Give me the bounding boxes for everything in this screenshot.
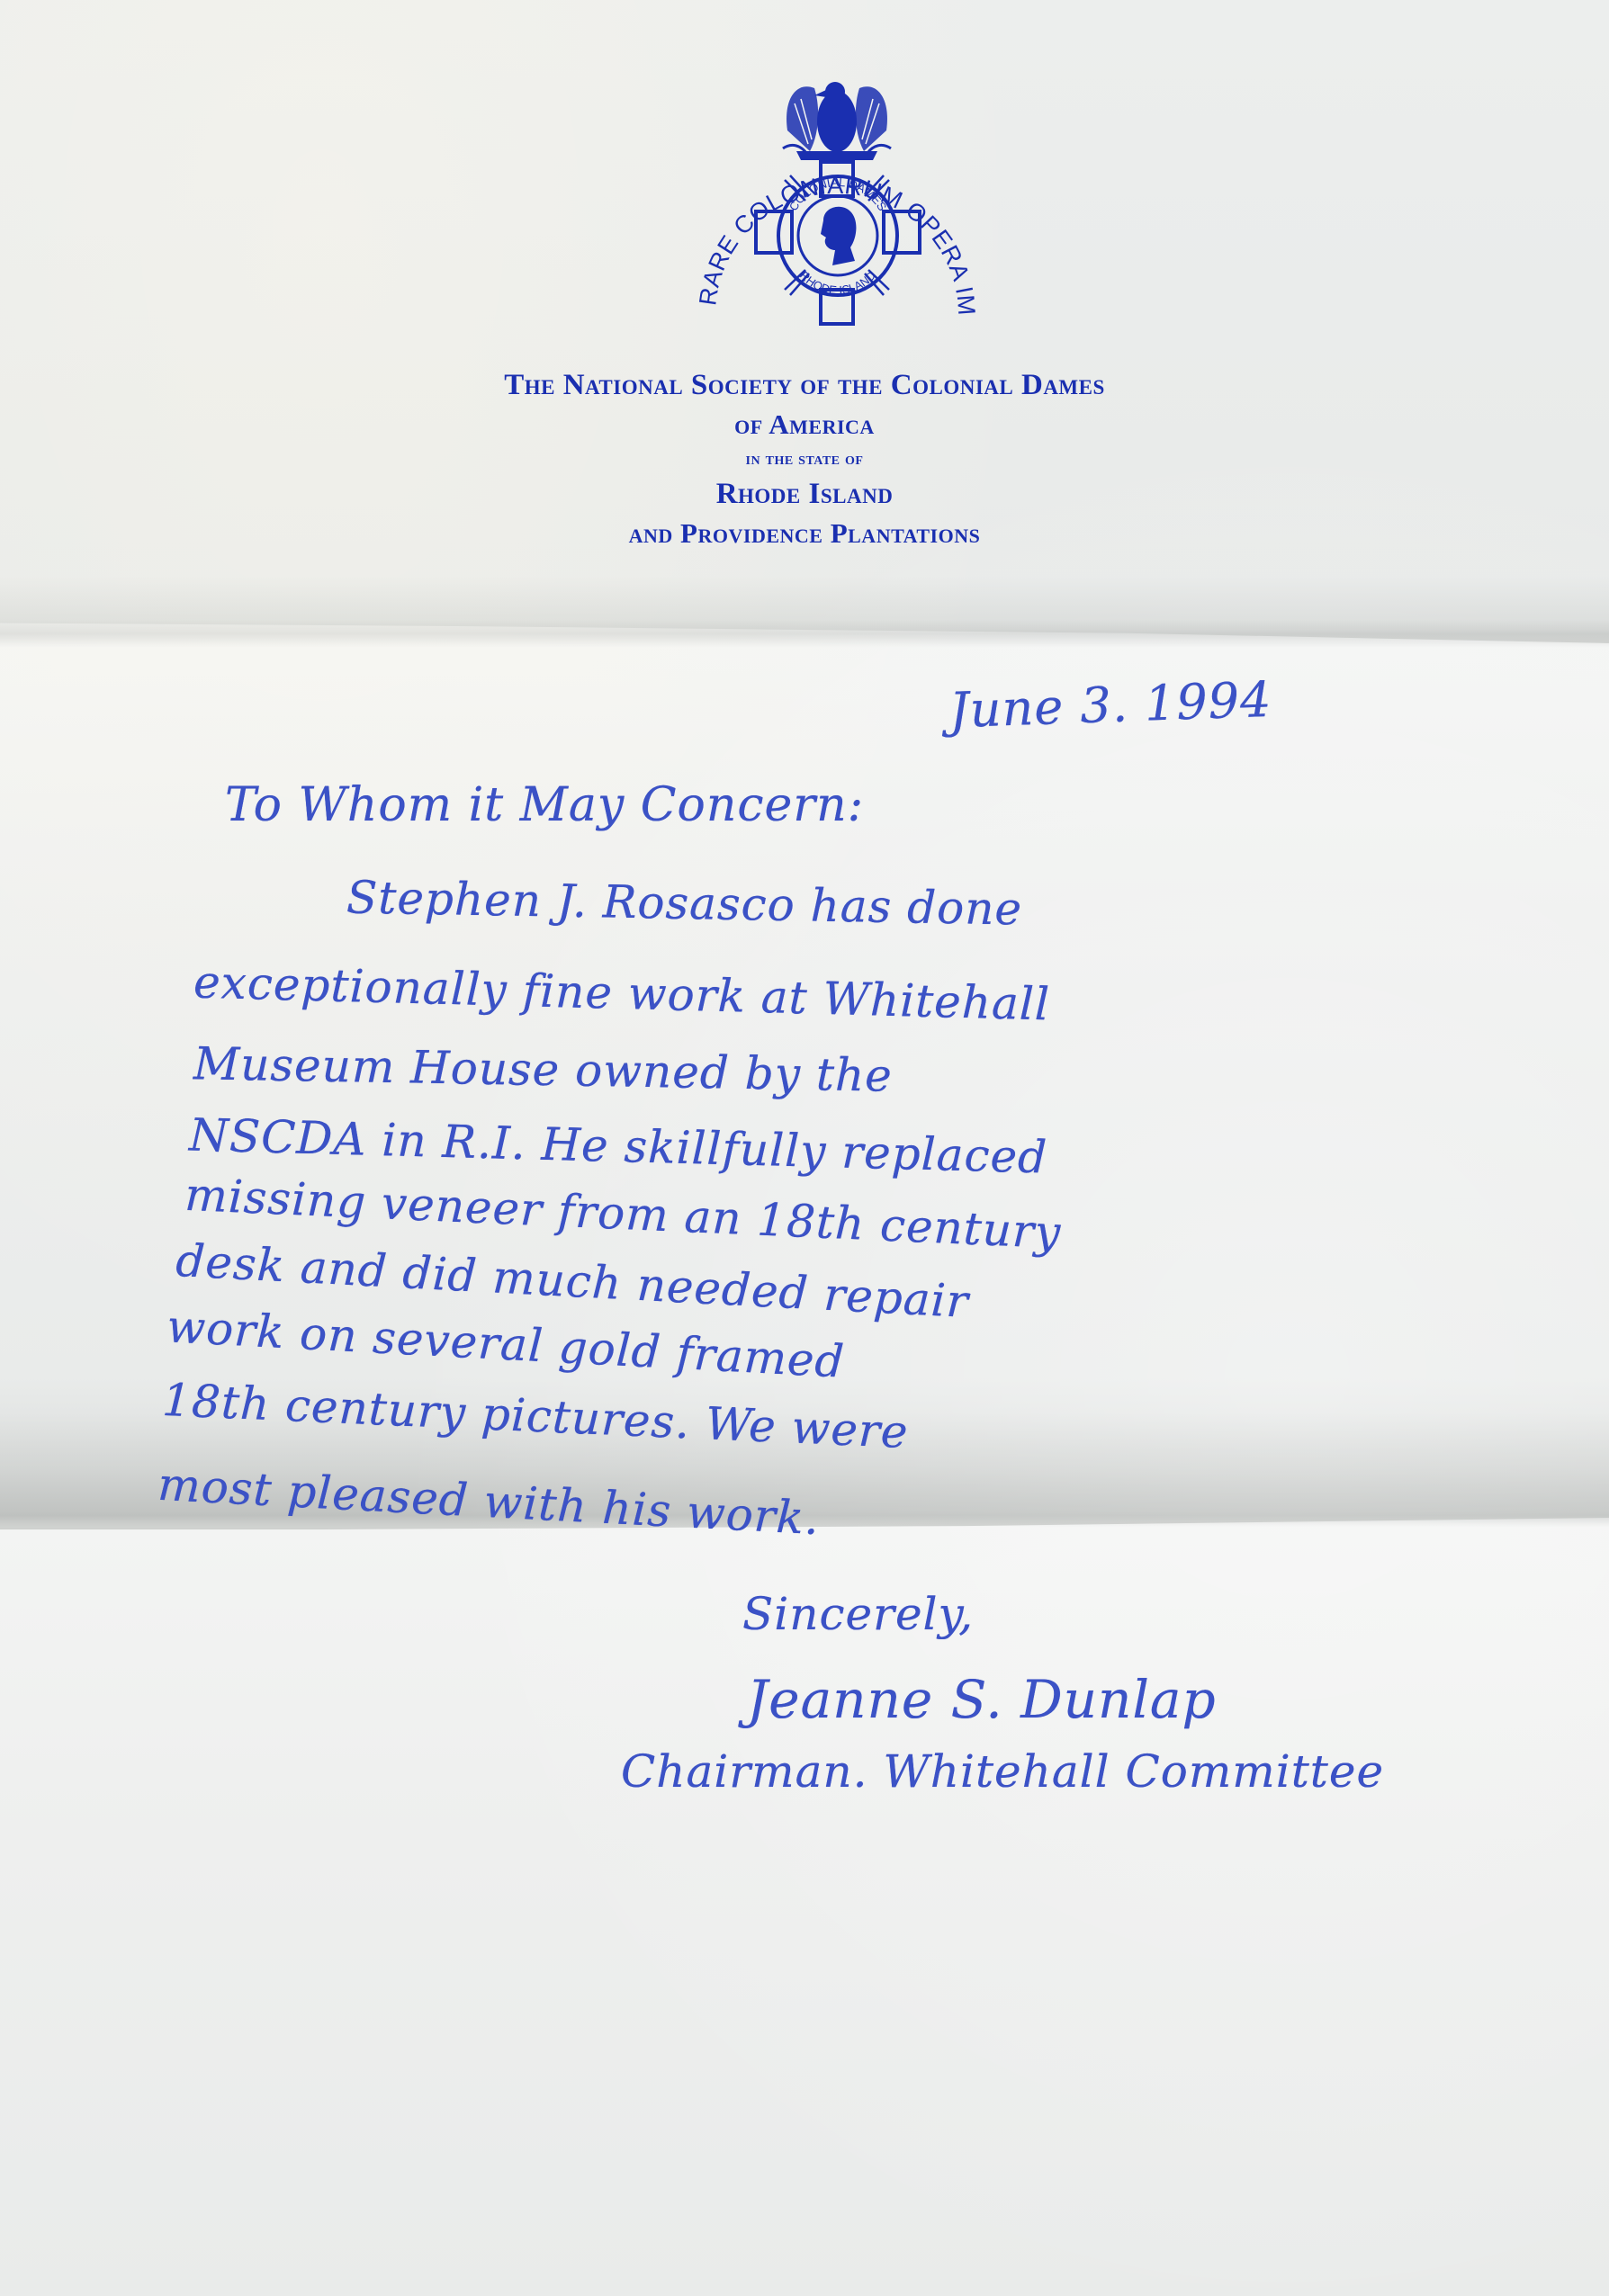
body-line: Museum House owned by the — [193, 1037, 894, 1102]
body-line: Stephen J. Rosasco has done — [346, 871, 1023, 935]
letterhead-country: of America — [0, 406, 1609, 444]
fold-crease-upper — [0, 576, 1609, 643]
signer-title: Chairman. Whitehall Committee — [621, 1745, 1384, 1798]
svg-text:RHODE ISLAND: RHODE ISLAND — [797, 268, 878, 297]
body-line: NSCDA in R.I. He skillfully replaced — [188, 1109, 1047, 1184]
letterhead-state-label: in the state of — [0, 444, 1609, 474]
letterhead: The National Society of the Colonial Dam… — [0, 364, 1609, 553]
letter-closing: Sincerely, — [742, 1588, 974, 1640]
letter-salutation: To Whom it May Concern: — [225, 778, 864, 832]
body-line: 18th century pictures. We were — [161, 1374, 910, 1458]
letter-date: June 3. 1994 — [948, 671, 1272, 739]
body-line: exceptionally fine work at Whitehall — [193, 956, 1050, 1031]
body-line: most pleased with his work. — [157, 1458, 821, 1545]
letterhead-state-suffix: and Providence Plantations — [0, 514, 1609, 553]
letter-page: COMMEMORARE COLONIARUM OPERA IMMORTALIA — [0, 0, 1609, 2296]
society-seal-icon: COMMEMORARE COLONIARUM OPERA IMMORTALIA — [630, 45, 1044, 351]
letterhead-state-name: Rhode Island — [0, 474, 1609, 514]
letterhead-society-name: The National Society of the Colonial Dam… — [0, 364, 1609, 406]
signature: Jeanne S. Dunlap — [747, 1669, 1217, 1730]
